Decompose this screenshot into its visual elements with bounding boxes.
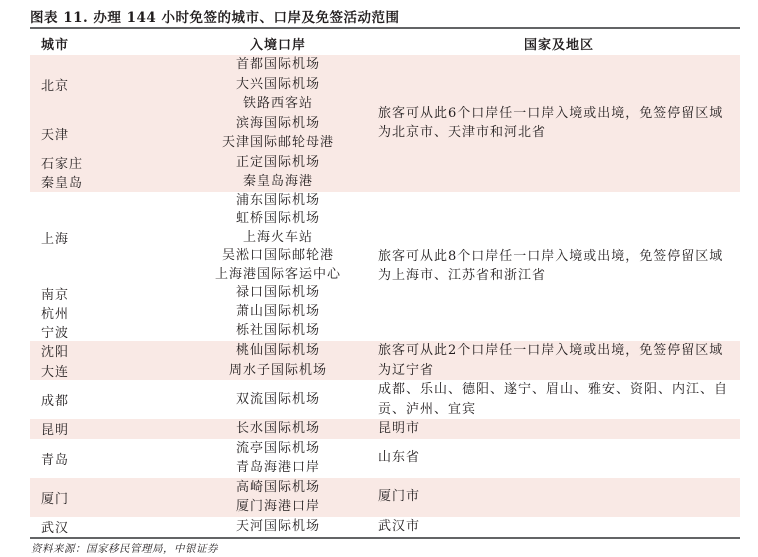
figure-title: 图表 11. 办理 144 小时免签的城市、口岸及免签活动范围 — [30, 6, 399, 26]
block-left-columns: 厦门高崎国际机场厦门海港口岸 — [30, 478, 378, 517]
city-cell: 上海 — [30, 192, 160, 285]
city-port-group: 厦门高崎国际机场厦门海港口岸 — [30, 478, 378, 517]
region-cell: 旅客可从此8个口岸任一口岸入境或出境，免签停留区域为上海市、江苏省和浙江省 — [378, 192, 740, 342]
city-cell: 宁波 — [30, 322, 160, 341]
port-line: 吴淞口国际邮轮港 — [178, 247, 378, 266]
port-cell: 秦皇岛海港 — [160, 172, 378, 192]
region-cell: 武汉市 — [378, 517, 740, 537]
region-line: 为北京市、天津市和河北省 — [378, 123, 740, 143]
region-cell: 旅客可从此6个口岸任一口岸入境或出境，免签停留区域为北京市、天津市和河北省 — [378, 55, 740, 192]
city-cell: 成都 — [30, 390, 160, 410]
city-cell: 杭州 — [30, 303, 160, 322]
port-cell: 首都国际机场大兴国际机场铁路西客站 — [160, 55, 378, 114]
city-port-group: 武汉天河国际机场 — [30, 517, 378, 537]
port-cell: 长水国际机场 — [160, 419, 378, 439]
city-port-group: 上海浦东国际机场虹桥国际机场上海火车站吴淞口国际邮轮港上海港国际客运中心 — [30, 192, 378, 285]
port-cell: 萧山国际机场 — [160, 303, 378, 322]
city-port-group: 石家庄正定国际机场 — [30, 153, 378, 173]
city-cell: 北京 — [30, 55, 160, 114]
port-line: 浦东国际机场 — [178, 192, 378, 211]
block-left-columns: 沈阳桃仙国际机场大连周水子国际机场 — [30, 341, 378, 380]
block-left-columns: 青岛流亭国际机场青岛海港口岸 — [30, 439, 378, 478]
port-cell: 双流国际机场 — [160, 390, 378, 410]
port-cell: 浦东国际机场虹桥国际机场上海火车站吴淞口国际邮轮港上海港国际客运中心 — [160, 192, 378, 285]
port-line: 长水国际机场 — [178, 419, 378, 439]
city-cell: 昆明 — [30, 419, 160, 439]
port-line: 青岛海港口岸 — [178, 458, 378, 478]
region-line: 武汉市 — [378, 517, 740, 537]
region-cell: 厦门市 — [378, 478, 740, 517]
table-block: 昆明长水国际机场昆明市 — [30, 419, 740, 439]
port-line: 栎社国际机场 — [178, 322, 378, 341]
port-cell: 滨海国际机场天津国际邮轮母港 — [160, 114, 378, 153]
region-line: 旅客可从此6个口岸任一口岸入境或出境，免签停留区域 — [378, 104, 740, 124]
source-note: 资料来源：国家移民管理局，中银证券 — [31, 541, 218, 556]
footer-divider-rule — [30, 537, 740, 539]
city-port-group: 沈阳桃仙国际机场 — [30, 341, 378, 361]
region-line: 为辽宁省 — [378, 361, 740, 381]
city-cell: 武汉 — [30, 517, 160, 537]
region-line: 旅客可从此8个口岸任一口岸入境或出境，免签停留区域 — [378, 247, 740, 267]
region-line: 为上海市、江苏省和浙江省 — [378, 266, 740, 286]
port-line: 秦皇岛海港 — [178, 172, 378, 192]
port-cell: 桃仙国际机场 — [160, 341, 378, 361]
port-line: 滨海国际机场 — [178, 114, 378, 134]
city-port-group: 北京首都国际机场大兴国际机场铁路西客站 — [30, 55, 378, 114]
city-port-group: 大连周水子国际机场 — [30, 361, 378, 381]
table-block: 上海浦东国际机场虹桥国际机场上海火车站吴淞口国际邮轮港上海港国际客运中心南京禄口… — [30, 192, 740, 342]
port-cell: 高崎国际机场厦门海港口岸 — [160, 478, 378, 517]
block-left-columns: 成都双流国际机场 — [30, 380, 378, 419]
table-block: 沈阳桃仙国际机场大连周水子国际机场旅客可从此2个口岸任一口岸入境或出境，免签停留… — [30, 341, 740, 380]
port-line: 上海火车站 — [178, 229, 378, 248]
port-line: 周水子国际机场 — [178, 361, 378, 381]
city-port-group: 秦皇岛秦皇岛海港 — [30, 172, 378, 192]
city-cell: 厦门 — [30, 478, 160, 517]
port-line: 高崎国际机场 — [178, 478, 378, 498]
region-cell: 山东省 — [378, 439, 740, 478]
header-entry-port: 入境口岸 — [160, 34, 378, 53]
port-cell: 禄口国际机场 — [160, 284, 378, 303]
region-line: 旅客可从此2个口岸任一口岸入境或出境，免签停留区域 — [378, 341, 740, 361]
header-city: 城市 — [30, 34, 160, 53]
city-cell: 大连 — [30, 361, 160, 381]
port-cell: 周水子国际机场 — [160, 361, 378, 381]
city-port-group: 天津滨海国际机场天津国际邮轮母港 — [30, 114, 378, 153]
city-port-group: 昆明长水国际机场 — [30, 419, 378, 439]
port-line: 虹桥国际机场 — [178, 210, 378, 229]
region-cell: 昆明市 — [378, 419, 740, 439]
city-cell: 沈阳 — [30, 341, 160, 361]
table-block: 成都双流国际机场成都、乐山、德阳、遂宁、眉山、雅安、资阳、内江、自贡、泸州、宜宾 — [30, 380, 740, 419]
port-line: 桃仙国际机场 — [178, 341, 378, 361]
table-block: 武汉天河国际机场武汉市 — [30, 517, 740, 537]
region-line: 厦门市 — [378, 487, 740, 507]
table-block: 厦门高崎国际机场厦门海港口岸厦门市 — [30, 478, 740, 517]
city-cell: 石家庄 — [30, 153, 160, 173]
port-line: 大兴国际机场 — [178, 75, 378, 95]
city-cell: 天津 — [30, 114, 160, 153]
table-block: 青岛流亭国际机场青岛海港口岸山东省 — [30, 439, 740, 478]
city-port-group: 成都双流国际机场 — [30, 390, 378, 410]
region-line: 贡、泸州、宜宾 — [378, 400, 740, 420]
port-line: 正定国际机场 — [178, 153, 378, 173]
port-line: 禄口国际机场 — [178, 284, 378, 303]
region-cell: 成都、乐山、德阳、遂宁、眉山、雅安、资阳、内江、自贡、泸州、宜宾 — [378, 380, 740, 419]
city-cell: 青岛 — [30, 439, 160, 478]
port-line: 流亭国际机场 — [178, 439, 378, 459]
table-block: 北京首都国际机场大兴国际机场铁路西客站天津滨海国际机场天津国际邮轮母港石家庄正定… — [30, 55, 740, 192]
port-line: 铁路西客站 — [178, 94, 378, 114]
city-cell: 南京 — [30, 284, 160, 303]
city-cell: 秦皇岛 — [30, 172, 160, 192]
table-header-row: 城市 入境口岸 国家及地区 — [30, 29, 740, 55]
port-line: 双流国际机场 — [178, 390, 378, 410]
region-line: 成都、乐山、德阳、遂宁、眉山、雅安、资阳、内江、自 — [378, 380, 740, 400]
city-port-group: 青岛流亭国际机场青岛海港口岸 — [30, 439, 378, 478]
port-line: 萧山国际机场 — [178, 303, 378, 322]
city-port-group: 宁波栎社国际机场 — [30, 322, 378, 341]
port-line: 上海港国际客运中心 — [178, 266, 378, 285]
port-line: 厦门海港口岸 — [178, 497, 378, 517]
port-line: 首都国际机场 — [178, 55, 378, 75]
city-port-group: 杭州萧山国际机场 — [30, 303, 378, 322]
region-line: 山东省 — [378, 448, 740, 468]
block-left-columns: 北京首都国际机场大兴国际机场铁路西客站天津滨海国际机场天津国际邮轮母港石家庄正定… — [30, 55, 378, 192]
port-line: 天河国际机场 — [178, 517, 378, 537]
header-region: 国家及地区 — [378, 34, 740, 53]
region-line: 昆明市 — [378, 419, 740, 439]
port-cell: 正定国际机场 — [160, 153, 378, 173]
port-cell: 流亭国际机场青岛海港口岸 — [160, 439, 378, 478]
visa-free-table: 城市 入境口岸 国家及地区 北京首都国际机场大兴国际机场铁路西客站天津滨海国际机… — [30, 29, 740, 536]
port-cell: 天河国际机场 — [160, 517, 378, 537]
city-port-group: 南京禄口国际机场 — [30, 284, 378, 303]
block-left-columns: 武汉天河国际机场 — [30, 517, 378, 537]
region-cell: 旅客可从此2个口岸任一口岸入境或出境，免签停留区域为辽宁省 — [378, 341, 740, 380]
port-cell: 栎社国际机场 — [160, 322, 378, 341]
block-left-columns: 昆明长水国际机场 — [30, 419, 378, 439]
port-line: 天津国际邮轮母港 — [178, 133, 378, 153]
block-left-columns: 上海浦东国际机场虹桥国际机场上海火车站吴淞口国际邮轮港上海港国际客运中心南京禄口… — [30, 192, 378, 342]
